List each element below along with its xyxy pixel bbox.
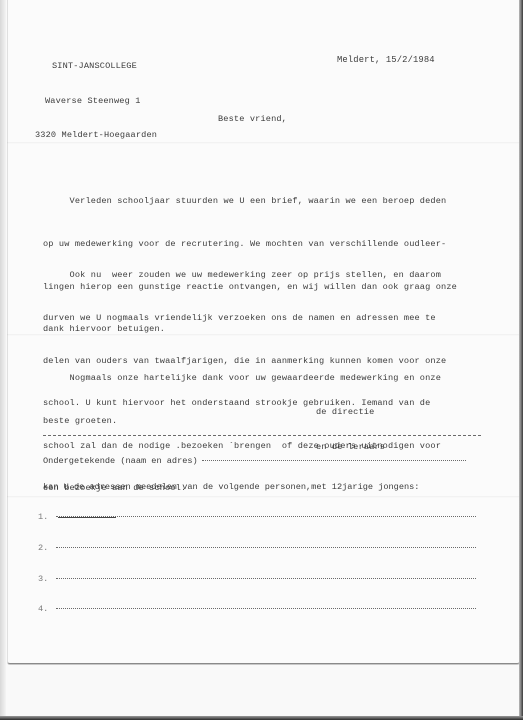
entry-number: 2. [38,543,52,553]
entry-number: 3. [38,574,52,584]
ondergetekende-label: Ondergetekende (naam en adres) [43,456,198,466]
scan-edge-left [0,0,6,720]
entry-input-line[interactable] [56,546,476,548]
sender-city: 3320 Meldert-Hoegaarden [35,130,157,142]
ondergetekende-field: Ondergetekende (naam en adres) [43,456,466,466]
sender-street: Waverse Steenweg 1 [35,96,157,108]
form-entry-2: 2. [38,543,476,553]
entry-number: 4. [38,604,52,614]
salutation: Beste vriend, [218,112,287,126]
scan-edge-bottom [0,716,523,720]
entry-input-line[interactable] [56,515,476,517]
form-entry-4: 4. [38,604,476,614]
scanned-letter: SINT-JANSCOLLEGE Waverse Steenweg 1 3320… [0,0,523,720]
signature-line-1: de directie [316,407,385,419]
scan-edge-right [519,0,523,720]
ondergetekende-input-line[interactable] [202,459,466,461]
signature-line-2: en de leraars [316,442,385,454]
sender-name: SINT-JANSCOLLEGE [35,61,157,73]
entry-input-line[interactable] [56,607,476,609]
paragraph-line: Ook nu weer zouden we uw medewerking zee… [43,268,446,282]
place-date: Meldert, 15/2/1984 [337,53,435,67]
paragraph-line: durven we U nogmaals vriendelijk verzoek… [43,311,446,325]
heavy-ink-mark [58,517,116,518]
form-entry-3: 3. [38,574,476,584]
paragraph-line: Verleden schooljaar stuurden we U een br… [43,194,457,208]
entry-input-line[interactable] [56,577,476,579]
sender-address: SINT-JANSCOLLEGE Waverse Steenweg 1 3320… [35,38,157,165]
entry-number: 1. [38,512,52,522]
form-intro: kan U de adressen meedelen van de volgen… [43,482,419,492]
cut-line [43,435,481,436]
